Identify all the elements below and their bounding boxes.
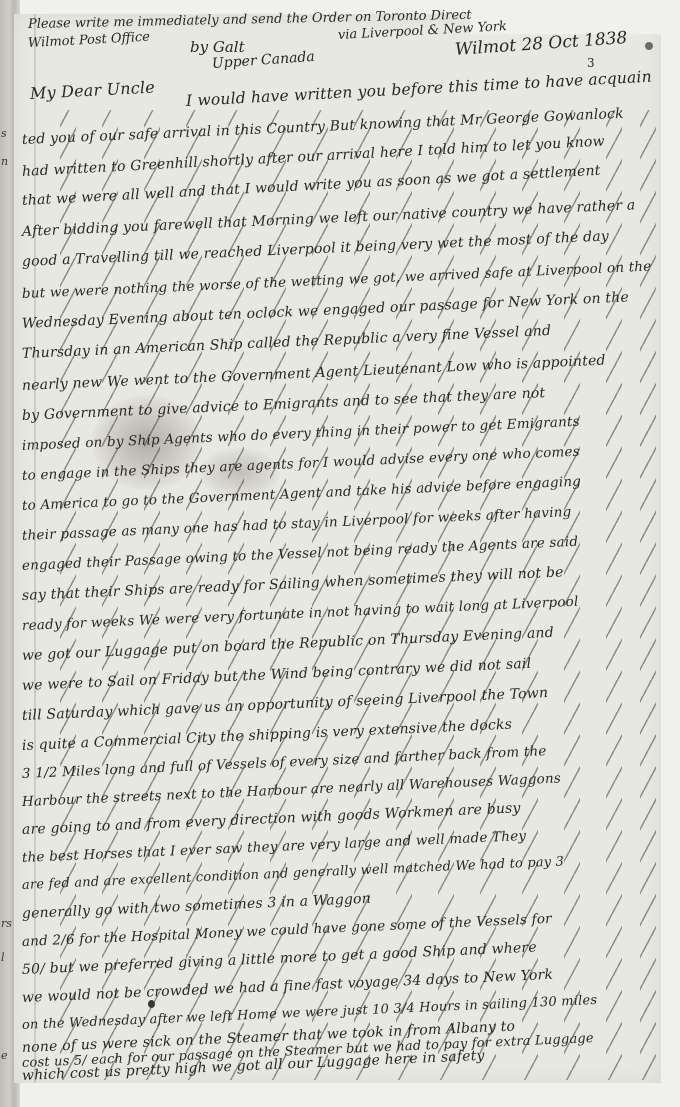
ink-blot — [645, 42, 653, 50]
binding-fragment: n — [1, 156, 8, 167]
binding-fragment: rs — [1, 918, 12, 929]
ink-blot — [148, 1000, 155, 1008]
binding-fragment: s — [1, 128, 7, 139]
binding-fragment: e — [1, 1050, 8, 1061]
page-number: 3 — [587, 56, 595, 70]
binding-fragment: l — [1, 952, 5, 963]
